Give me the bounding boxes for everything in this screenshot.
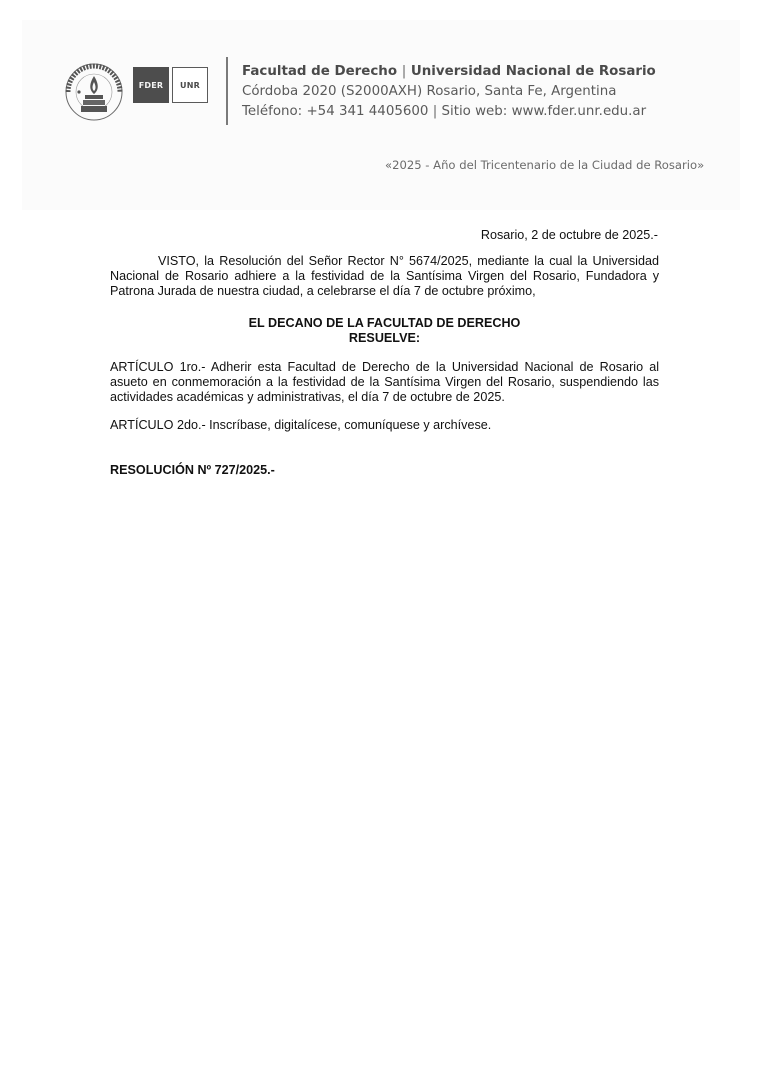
article-1: ARTÍCULO 1ro.- Adherir esta Facultad de … [110, 360, 659, 404]
resolution-number: RESOLUCIÓN Nº 727/2025.- [110, 463, 659, 478]
separator: | [402, 64, 407, 79]
institution-info: Facultad de Derecho | Universidad Nacion… [242, 62, 656, 122]
resolution-heading: EL DECANO DE LA FACULTAD DE DERECHO RESU… [110, 316, 659, 346]
article-2: ARTÍCULO 2do.- Inscríbase, digitalícese,… [110, 418, 659, 433]
heading-authority: EL DECANO DE LA FACULTAD DE DERECHO [110, 316, 659, 331]
visto-paragraph: VISTO, la Resolución del Señor Rector N°… [110, 254, 659, 298]
university-name: Universidad Nacional de Rosario [411, 64, 656, 79]
faculty-name: Facultad de Derecho [242, 64, 397, 79]
university-seal-icon [64, 62, 124, 122]
separator: | [433, 104, 438, 119]
unr-logo: UNR [172, 67, 208, 103]
address-line: Córdoba 2020 (S2000AXH) Rosario, Santa F… [242, 82, 656, 102]
website-text: Sitio web: www.fder.unr.edu.ar [441, 104, 646, 119]
contact-line: Teléfono: +54 341 4405600 | Sitio web: w… [242, 102, 656, 122]
heading-resuelve: RESUELVE: [110, 331, 659, 346]
fder-logo: FDER [133, 67, 169, 103]
document-date: Rosario, 2 de octubre de 2025.- [481, 228, 658, 242]
phone-text: Teléfono: +54 341 4405600 [242, 104, 428, 119]
year-motto: «2025 - Año del Tricentenario de la Ciud… [385, 158, 704, 172]
letterhead-divider [226, 57, 228, 125]
institution-name-line: Facultad de Derecho | Universidad Nacion… [242, 62, 656, 82]
